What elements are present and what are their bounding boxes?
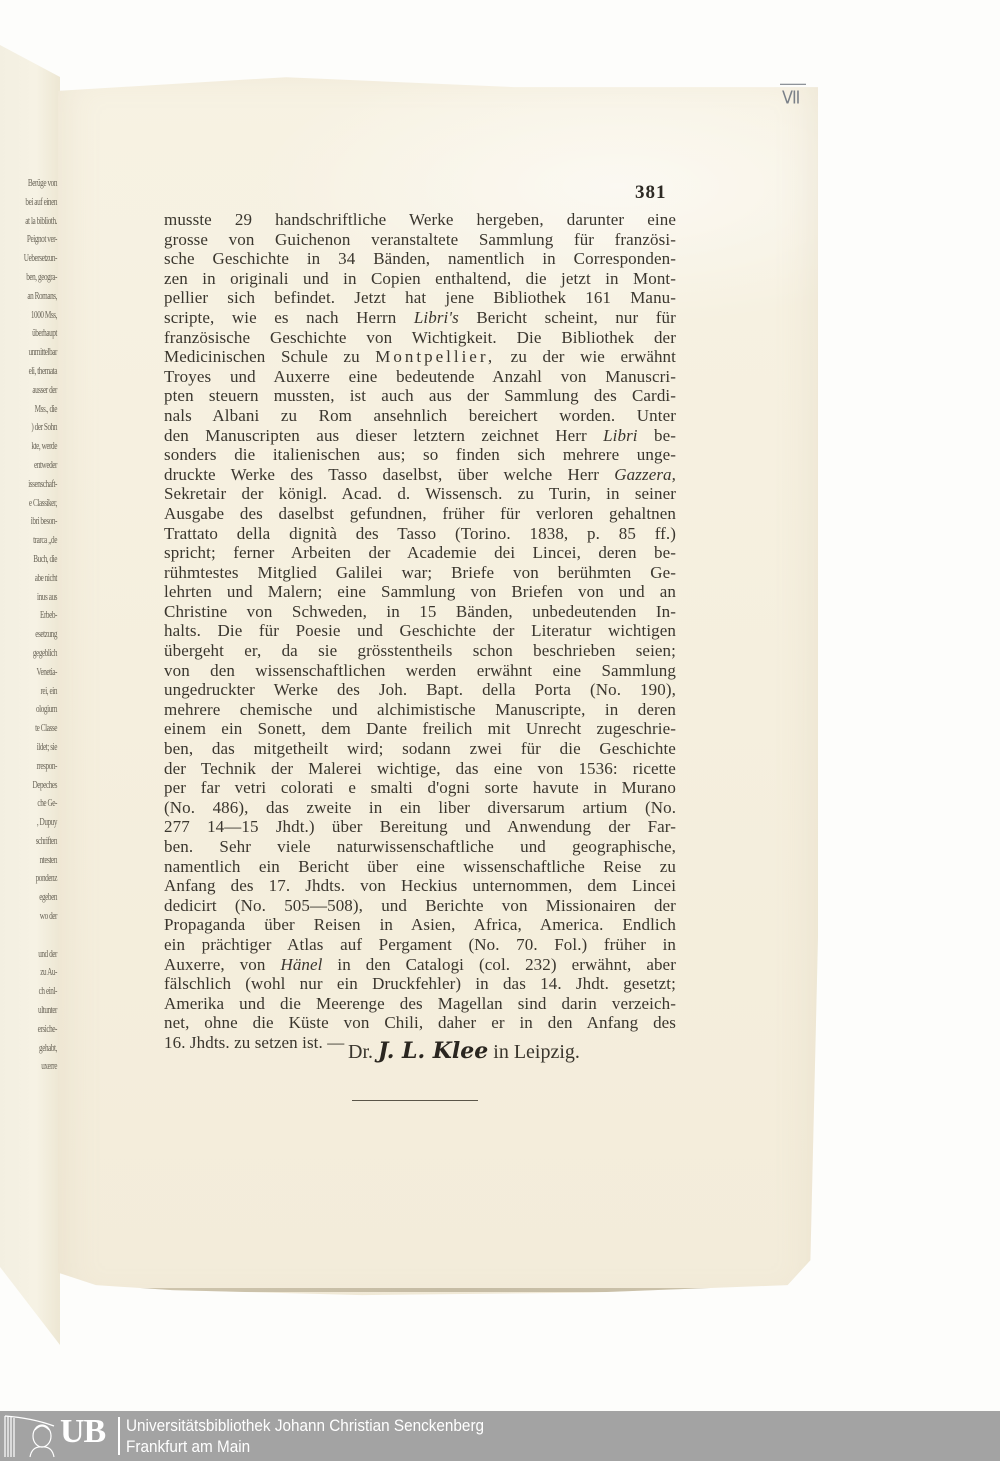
adjacent-text-line: Mss., die [7,401,57,420]
adjacent-text-line: ildet; sie [7,739,57,758]
text-line: ein prächtiger Atlas auf Pergament (No. … [164,935,676,955]
adjacent-page-strip: Berüge vonbei auf einenat la biblioth.Pe… [0,45,60,1345]
author-signature: Dr. J. L. Klee in Leipzig. [348,1038,580,1064]
adjacent-text-line: e Classiker, [7,495,57,514]
adjacent-text-line: ibri beson- [7,513,57,532]
adjacent-text-line: , Dupuy [7,814,57,833]
text-line: zen in originali und in Copien enthalten… [164,269,676,289]
adjacent-text-line: Venetia- [7,664,57,683]
text-line: Anfang des 17. Jhdts. von Heckius untern… [164,876,676,896]
text-line: (No. 486), das zweite in ein liber diver… [164,798,676,818]
text-line: mehrere chemische und alchimistische Man… [164,700,676,720]
text-line: ben. Sehr viele naturwissenschaftliche u… [164,837,676,857]
adjacent-text-line: Uebersetzun- [7,250,57,269]
adjacent-text-line: egeben [7,889,57,908]
text-line: 277 14—15 Jhdt.) über Bereitung und Anwe… [164,817,676,837]
logo-ub: UB [60,1413,105,1451]
text-line: Sekretair der königl. Acad. d. Wissensch… [164,484,676,504]
signature-name: J. L. Klee [378,1038,488,1064]
adjacent-text-line: Depeches [7,777,57,796]
end-rule [352,1100,478,1101]
adjacent-text-line: 1000 Mss, [7,307,57,326]
adjacent-text-line: schriften [7,833,57,852]
text-line: Auxerre, von Hänel in den Catalogi (col.… [164,955,676,975]
shelf-mark: VII [782,87,799,108]
adjacent-text-line: issenschaft- [7,476,57,495]
signature-prefix: Dr. [348,1041,373,1063]
adjacent-text-line: ultunter [7,1002,57,1021]
adjacent-text-line: ) der Sohn [7,419,57,438]
adjacent-text-line: inus aus [7,589,57,608]
adjacent-text-line: rrespon- [7,758,57,777]
body-text: musste 29 handschriftliche Werke hergebe… [164,210,676,1053]
text-line: sche Geschichte in 34 Bänden, namentlich… [164,249,676,269]
adjacent-text-line: gehabt, [7,1040,57,1059]
text-line: Propaganda über Reisen in Asien, Africa,… [164,915,676,935]
text-line: druckte Werke des Tasso daselbst, über w… [164,465,676,485]
adjacent-text-line: eli, themata [7,363,57,382]
adjacent-text-line: uxerre [7,1058,57,1077]
adjacent-text-line: an Romans, [7,288,57,307]
text-line: halts. Die für Poesie und Geschichte der… [164,621,676,641]
text-line: einem ein Sonett, dem Dante freilich mit… [164,719,676,739]
text-line: nals Albani zu Rom ansehnlich bereichert… [164,406,676,426]
text-line: Medicinischen Schule zu Montpellier, zu … [164,347,676,367]
adjacent-text-line: ntesten [7,852,57,871]
text-line: von den wissenschaftlichen werden erwähn… [164,661,676,681]
adjacent-text-line: esetzung [7,626,57,645]
adjacent-text-line: Buch, die [7,551,57,570]
text-line: fälschlich (wohl nur ein Druckfehler) in… [164,974,676,994]
text-line: Troyes und Auxerre eine bedeutende Anzah… [164,367,676,387]
text-line: net, ohne die Küste von Chili, daher er … [164,1013,676,1033]
text-line: spricht; ferner Arbeiten der Academie de… [164,543,676,563]
text-line: musste 29 handschriftliche Werke hergebe… [164,210,676,230]
adjacent-text-line: zu Au- [7,964,57,983]
text-line: Trattato della dignità des Tasso (Torino… [164,524,676,544]
adjacent-text-line: abe nicht [7,570,57,589]
adjacent-text-line: unmittelbar [7,344,57,363]
adjacent-text-line: entweder [7,457,57,476]
adjacent-text-line: ausser der [7,382,57,401]
text-line: pellier sich befindet. Jetzt hat jene Bi… [164,288,676,308]
adjacent-text-line: ologium [7,701,57,720]
adjacent-text-line: Erbeb- [7,607,57,626]
signature-suffix: in Leipzig. [493,1041,580,1063]
text-line: per far vetri colorati e smalti d'ogni s… [164,778,676,798]
text-line: rühmtestes Mitglied Galilei war; Briefe … [164,563,676,583]
adjacent-text-line: rei, ein [7,683,57,702]
text-line: den Manuscripten aus dieser letztern zei… [164,426,676,446]
institution-city: Frankfurt am Main [126,1437,250,1457]
adjacent-text-line: kte, werde [7,438,57,457]
adjacent-text-line [7,927,57,946]
adjacent-text-line: bei auf einen [7,194,57,213]
page-number: 381 [635,182,667,204]
text-line: grosse von Guichenon veranstaltete Samml… [164,230,676,250]
adjacent-text-line: ben, geogra- [7,269,57,288]
adjacent-text-line: gegeblich [7,645,57,664]
adjacent-text-line: ersiche- [7,1021,57,1040]
text-line: Amerika und die Meerenge des Magellan si… [164,994,676,1014]
text-line: Christine von Schweden, in 15 Bänden, un… [164,602,676,622]
text-line: der Technik der Malerei wichtige, das ei… [164,759,676,779]
adjacent-text-line: überhaupt [7,325,57,344]
text-line: lehrten und Malern; eine Sammlung von Br… [164,582,676,602]
adjacent-text-line: trarca „de [7,532,57,551]
adjacent-text-line: Peignot ver- [7,231,57,250]
text-line: ungedruckter Werke des Joh. Bapt. della … [164,680,676,700]
adjacent-text-line: pondenz [7,870,57,889]
institution-name: Universitätsbibliothek Johann Christian … [126,1416,484,1436]
adjacent-text-line: Berüge von [7,175,57,194]
text-line: übergeht er, da sie grösstentheils schon… [164,641,676,661]
text-line: pten steuern mussten, ist auch aus der S… [164,386,676,406]
adjacent-text-line: wo der [7,908,57,927]
adjacent-text-line: te Classe [7,720,57,739]
footer-divider [118,1417,120,1455]
library-footer: UB Universitätsbibliothek Johann Christi… [0,1411,1000,1461]
text-line: ben, das mitgetheilt wird; sodann zwei f… [164,739,676,759]
adjacent-text-line: at la biblioth. [7,213,57,232]
adjacent-page-text: Berüge vonbei auf einenat la biblioth.Pe… [7,175,57,1077]
text-line: namentlich ein Bericht über eine wissens… [164,857,676,877]
adjacent-text-line: ch einl- [7,983,57,1002]
text-line: Ausgabe des daselbst gefundnen, früher f… [164,504,676,524]
document-viewer: Berüge vonbei auf einenat la biblioth.Pe… [0,0,1000,1411]
adjacent-text-line: che Ge- [7,795,57,814]
text-line: französische Geschichte von Wichtigkeit.… [164,328,676,348]
text-line: scripte, wie es nach Herrn Libri's Beric… [164,308,676,328]
adjacent-text-line: und der [7,946,57,965]
text-line: sonders die italienischen aus; so finden… [164,445,676,465]
text-line: dedicirt (No. 505—508), und Berichte von… [164,896,676,916]
